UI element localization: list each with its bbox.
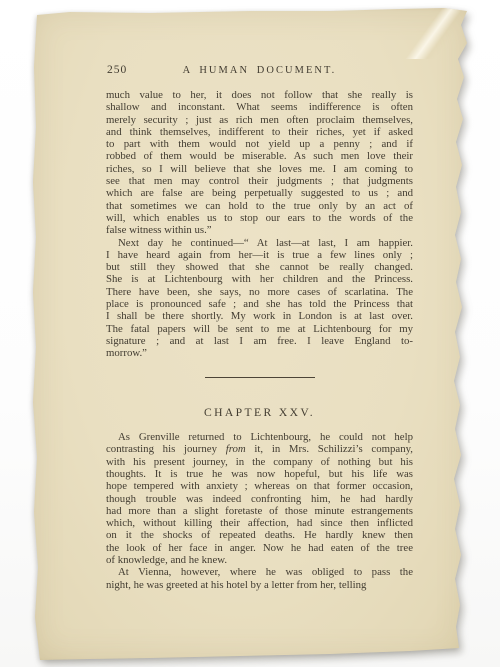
book-page: 250 A HUMAN DOCUMENT. much value to her,…	[30, 7, 470, 662]
body-paragraph: much value to her, it does not follow th…	[106, 89, 413, 237]
text-line: Next day he continued—“ At last—at last,…	[106, 237, 413, 249]
text-line: The fatal papers will be sent to me at L…	[106, 323, 413, 335]
text-line: and think themselves, indifferent to the…	[106, 126, 413, 138]
text-line: to part with them would not yield up a p…	[106, 138, 413, 150]
page-body: much value to her, it does not follow th…	[106, 89, 413, 591]
text-line: night, he was greeted at his hotel by a …	[106, 579, 413, 591]
body-paragraph: Next day he continued—“ At last—at last,…	[106, 237, 413, 360]
text-line: will, which enables us to stop our ears …	[106, 212, 413, 224]
text-line: morrow.”	[106, 347, 413, 359]
text-line: I have heard again from her—it is true a…	[106, 249, 413, 261]
text-line: that sometimes we can hold to the true o…	[106, 200, 413, 212]
text-line: I shall be there shortly. My work in Lon…	[106, 310, 413, 322]
text-line: shallow and inconstant. What seems indif…	[106, 101, 413, 113]
running-head-row: 250 A HUMAN DOCUMENT.	[106, 64, 413, 77]
text-line: robbed of them would be miserable. As su…	[106, 150, 413, 162]
text-line: see that men may control their judgments…	[106, 175, 413, 187]
text-line: thoughts. It is true he was now hopeful,…	[106, 468, 413, 480]
text-line: false witness within us.”	[106, 224, 413, 236]
running-header: A HUMAN DOCUMENT.	[106, 64, 413, 77]
text-line: riches, so I will believe that she loves…	[106, 163, 413, 175]
text-line: with his present journey, in the company…	[106, 456, 413, 468]
text-line: of knowledge, and he knew.	[106, 554, 413, 566]
page-content: 250 A HUMAN DOCUMENT. much value to her,…	[106, 7, 413, 591]
text-line: on it the shocks of repeated deaths. He …	[106, 529, 413, 541]
page-shadow: 250 A HUMAN DOCUMENT. much value to her,…	[30, 7, 470, 662]
text-line: place is pronounced safe ; and she has t…	[106, 298, 413, 310]
body-paragraph: As Grenville returned to Lichtenbourg, h…	[106, 431, 413, 566]
chapter-heading: CHAPTER XXV.	[106, 406, 413, 420]
text-line: had more than a slight foretaste of thos…	[106, 505, 413, 517]
text-line: contrasting his journey from it, in Mrs.…	[106, 443, 413, 455]
text-line: She is at Lichtenbourg with her children…	[106, 273, 413, 285]
body-paragraph: At Vienna, however, where he was obliged…	[106, 566, 413, 591]
text-line: though trouble was indeed confronting hi…	[106, 493, 413, 505]
text-line: the look of her face in anger. Now he ha…	[106, 542, 413, 554]
text-line: much value to her, it does not follow th…	[106, 89, 413, 101]
text-line: merely security ; just as rich men often…	[106, 114, 413, 126]
text-line: which are false are being perpetually su…	[106, 187, 413, 199]
text-line: There have been, she says, no more cases…	[106, 286, 413, 298]
text-line: At Vienna, however, where he was obliged…	[106, 566, 413, 578]
page-number: 250	[107, 64, 127, 77]
section-divider-rule	[205, 377, 315, 379]
text-line: which, without killing their affection, …	[106, 517, 413, 529]
text-line: signature ; and at last I am free. I lea…	[106, 335, 413, 347]
text-line: As Grenville returned to Lichtenbourg, h…	[106, 431, 413, 443]
text-line: but still they showed that she cannot be…	[106, 261, 413, 273]
text-line: hope tempered with anxiety ; whereas on …	[106, 480, 413, 492]
scan-background: 250 A HUMAN DOCUMENT. much value to her,…	[0, 0, 500, 667]
